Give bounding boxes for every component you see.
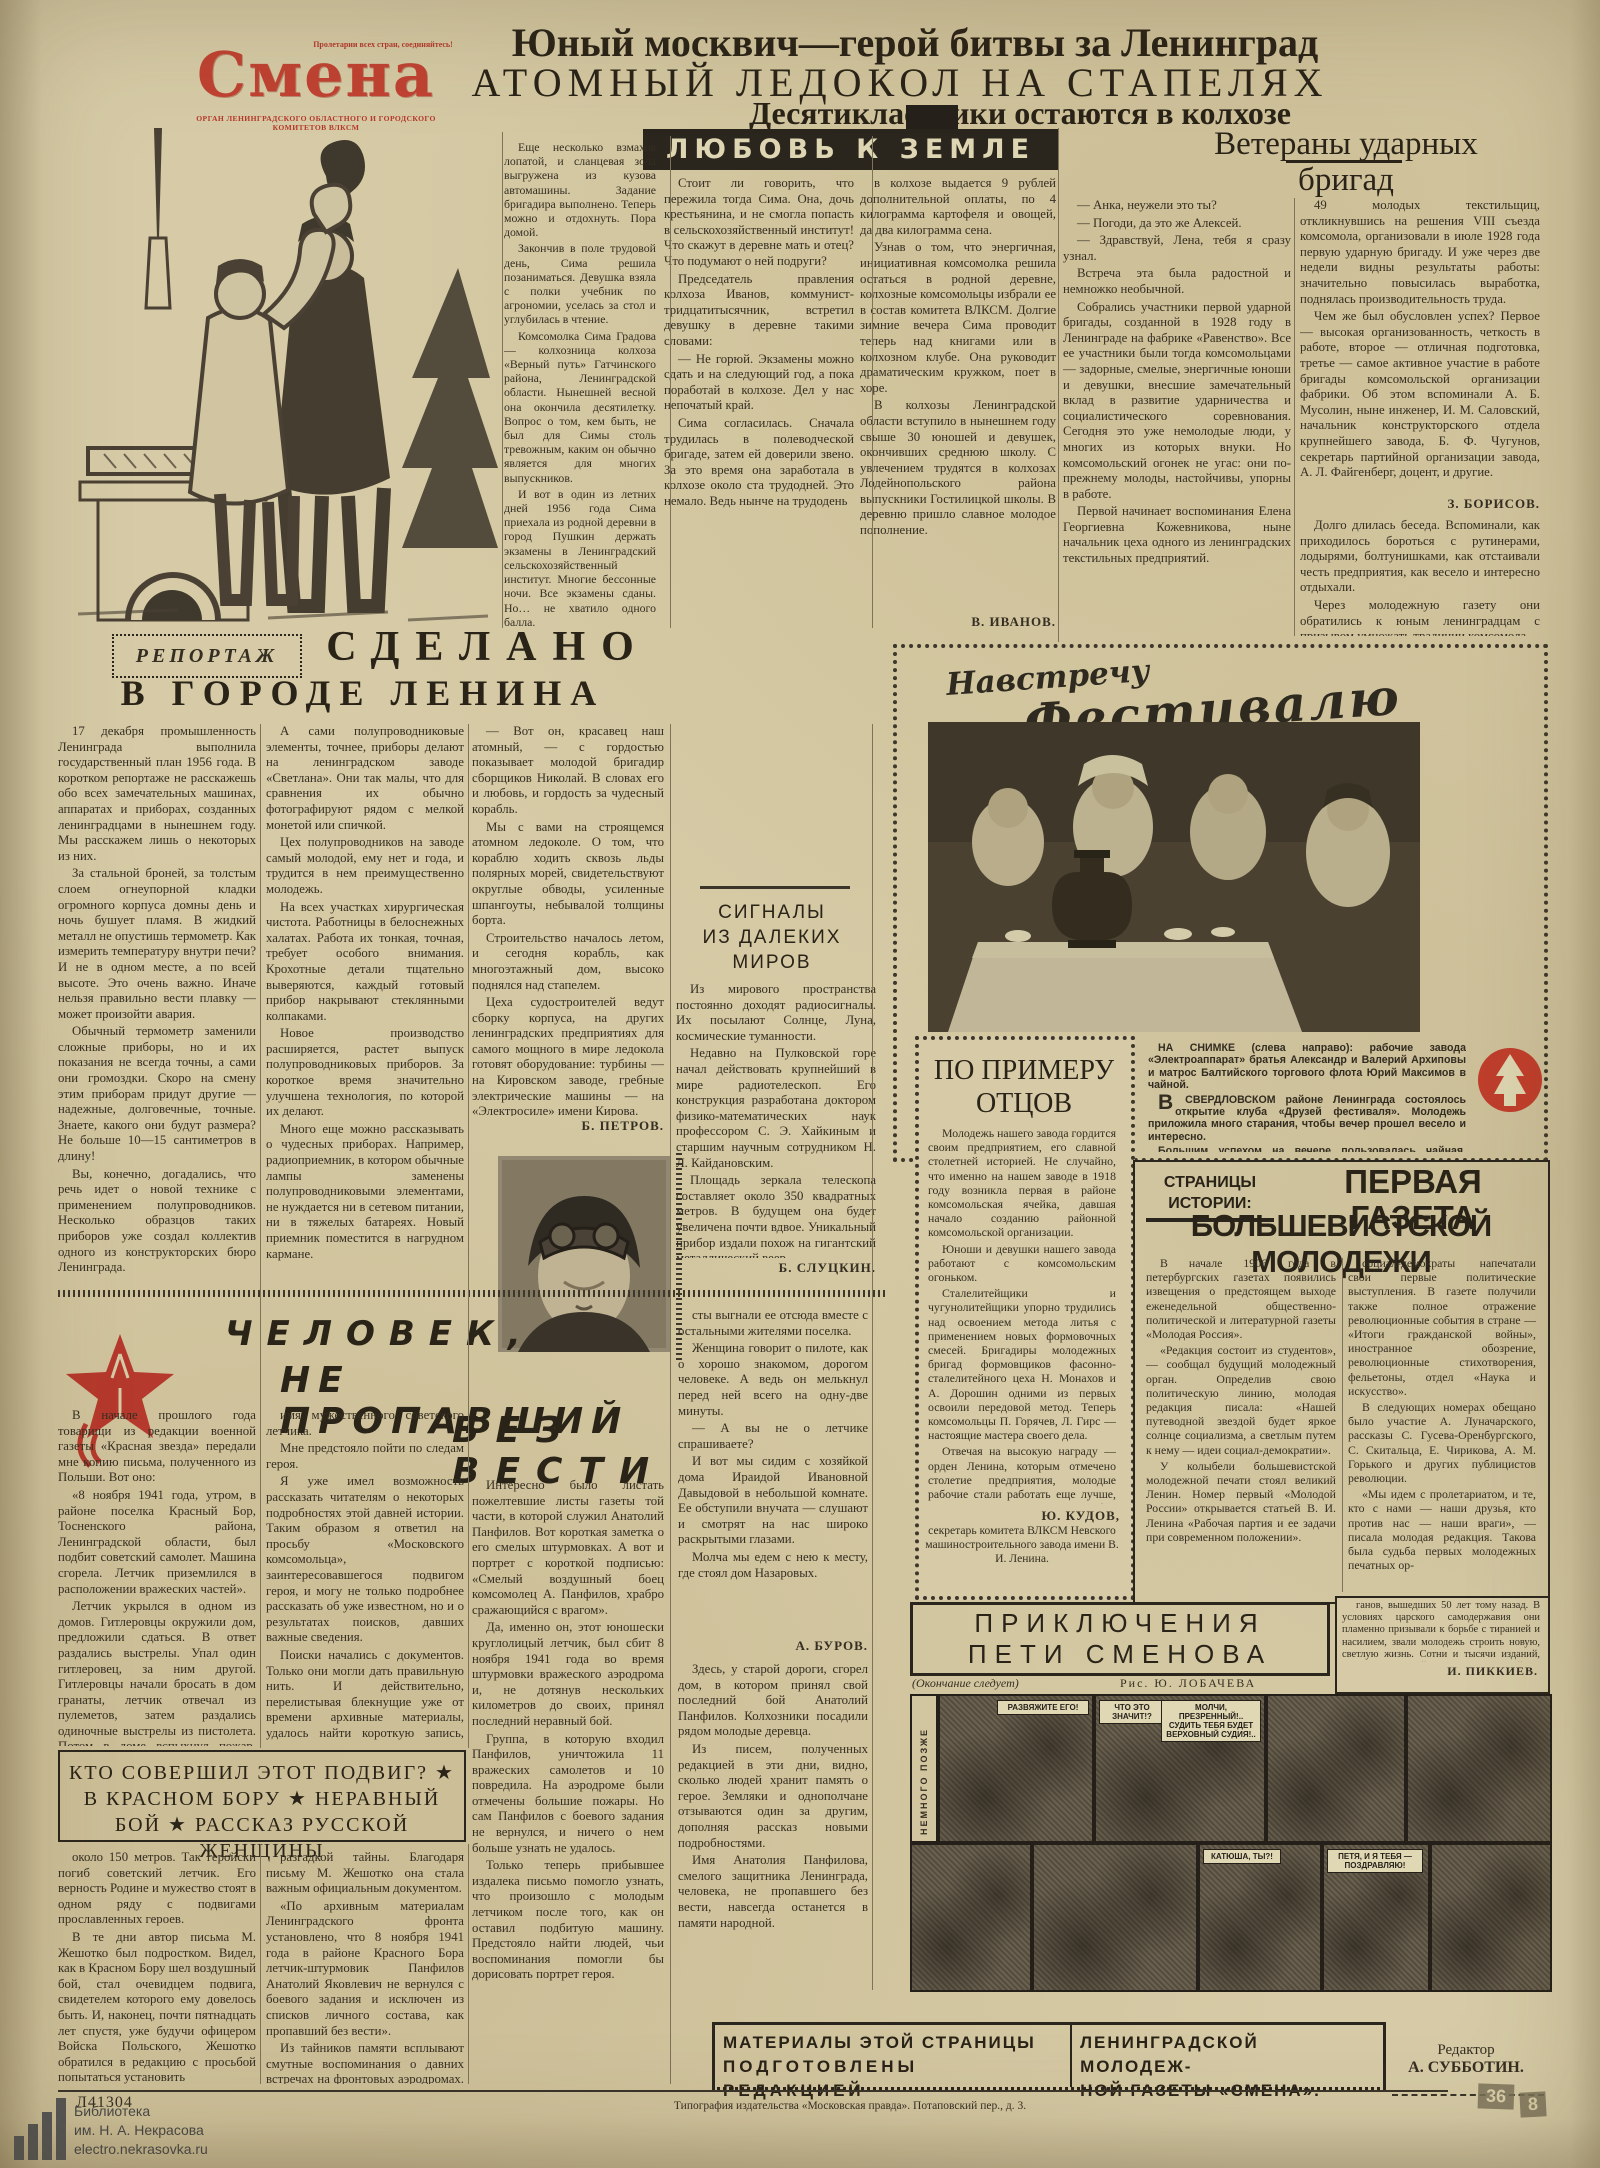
comic-artist-credit: Рис. Ю. ЛОБАЧЕВА xyxy=(1120,1676,1340,1691)
po-primeru-byline-name: Ю. КУДОВ, xyxy=(924,1508,1120,1524)
column-rule xyxy=(468,724,469,1748)
column-rule xyxy=(872,136,873,628)
po-primeru-byline-role: секретарь комитета ВЛКСМ Невского машино… xyxy=(924,1524,1120,1566)
chelovek-col1a: В начале прошлого года товарищи из редак… xyxy=(58,1408,256,1746)
reportazh-title-line1: СДЕЛАНО xyxy=(318,624,658,670)
comic-panel: ЧТО ЭТО ЗНАЧИТ!? МОЛЧИ, ПРЕЗРЕННЫЙ!.. СУ… xyxy=(1094,1694,1266,1843)
materials-left-cell: МАТЕРИАЛЫ ЭТОЙ СТРАНИЦЫ ПОДГОТОВЛЕНЫ РЕД… xyxy=(715,2025,1072,2087)
column-rule xyxy=(260,724,261,1748)
newspaper-title: Смена xyxy=(196,40,436,110)
headline-third: Десятиклассники остаются в колхозе xyxy=(640,96,1400,130)
footer-rule xyxy=(58,2090,1448,2092)
signaly-title-line1: СИГНАЛЫ xyxy=(674,900,870,925)
istoriya-byline: И. ПИККИЕВ. xyxy=(1342,1664,1538,1679)
po-primeru-title: ПО ПРИМЕРУ ОТЦОВ xyxy=(915,1054,1133,1120)
waving-figures-drawing xyxy=(58,118,500,626)
po-primeru-byline: Ю. КУДОВ, секретарь комитета ВЛКСМ Невск… xyxy=(924,1508,1120,1566)
speech-bubble: ЧТО ЭТО ЗНАЧИТ!? xyxy=(1099,1700,1165,1724)
speech-bubble: РАЗВЯЖИТЕ ЕГО! xyxy=(997,1700,1089,1715)
imprint-line: Типография издательства «Московская прав… xyxy=(580,2100,1120,2112)
signaly-flourish xyxy=(700,886,850,889)
chelovek-col2a: имя мужественного советского летчика.Мне… xyxy=(266,1408,464,1746)
watermark-line1: Библиотека xyxy=(74,2102,208,2121)
po-primeru-text: Молодежь нашего завода гордится своим пр… xyxy=(928,1126,1116,1504)
library-watermark: Библиотека им. Н. А. Некрасова electro.n… xyxy=(14,2096,234,2162)
veterany-col2-end: Долго длилась беседа. Вспоминали, как пр… xyxy=(1300,518,1540,636)
tea-house-scene xyxy=(928,722,1420,1032)
page-stamp-8: 8 xyxy=(1519,2091,1546,2117)
chelovek-col4a: сты выгнали ее отсюда вместе с остальным… xyxy=(678,1308,868,1636)
reportazh-col1: 17 декабря промышленность Ленинграда вып… xyxy=(58,724,256,1284)
signaly-title-line2: ИЗ ДАЛЕКИХ xyxy=(674,925,870,950)
column-rule xyxy=(872,724,873,1990)
editor-label: Редактор xyxy=(1388,2042,1544,2059)
materials-right-cell: ЛЕНИНГРАДСКОЙ МОЛОДЕЖ- НОЙ ГАЗЕТЫ «СМЕНА… xyxy=(1072,2025,1383,2087)
materials-left-line1: МАТЕРИАЛЫ ЭТОЙ СТРАНИЦЫ xyxy=(723,2031,1062,2055)
comic-panel xyxy=(1032,1843,1198,1992)
veterany-byline: З. БОРИСОВ. xyxy=(1300,496,1540,512)
comic-title-box: ПРИКЛЮЧЕНИЯ ПЕТИ СМЕНОВА xyxy=(910,1602,1330,1676)
comic-panel xyxy=(1430,1843,1552,1992)
chelovek-col4b: Здесь, у старой дороги, сгорел дом, в ко… xyxy=(678,1662,868,2082)
library-logo-bars-icon xyxy=(14,2098,66,2160)
comic-panel xyxy=(1266,1694,1406,1843)
veterany-title: Ветераны ударных бригад xyxy=(1150,126,1542,198)
signaly-text: Из мирового пространства постоянно доход… xyxy=(676,982,876,1258)
comic-panel xyxy=(1406,1694,1552,1843)
section-title-lyubov: ЛЮБОВЬ К ЗЕМЛЕ xyxy=(643,129,1058,170)
headline-main: Юный москвич—герой битвы за Ленинград xyxy=(440,22,1390,64)
watermark-line3: electro.nekrasovka.ru xyxy=(74,2140,208,2159)
column-rule xyxy=(260,1844,261,2084)
reportazh-title-line2: В ГОРОДЕ ЛЕНИНА xyxy=(60,672,666,714)
section-divider-ruler xyxy=(58,1290,888,1297)
po-primeru-title-line2: ОТЦОВ xyxy=(915,1087,1133,1120)
column-rule xyxy=(1058,128,1059,642)
veterany-col1: — Анка, неужели это ты?— Погоди, да это … xyxy=(1063,198,1291,636)
veterany-title-line1: Ветераны ударных xyxy=(1150,126,1542,162)
editor-name: А. СУББОТИН. xyxy=(1388,2059,1544,2077)
reportazh-col2: А сами полупроводниковые элементы, точне… xyxy=(266,724,464,1284)
materials-box: МАТЕРИАЛЫ ЭТОЙ СТРАНИЦЫ ПОДГОТОВЛЕНЫ РЕД… xyxy=(712,2022,1386,2090)
front-illustration xyxy=(58,118,500,626)
festival-dove-icon xyxy=(1476,1046,1544,1114)
istoriya-col1: В начале 1906 года в петербургских газет… xyxy=(1146,1256,1336,1592)
veterany-col2: 49 молодых текстильщиц, откликнувшись на… xyxy=(1300,198,1540,494)
istoriya-extension-text: ганов, вышедших 50 лет тому назад. В усл… xyxy=(1342,1600,1540,1662)
istoriya-label-line1: СТРАНИЦЫ xyxy=(1146,1172,1274,1193)
chelovek-col1b: около 150 метров. Так геройски погиб сов… xyxy=(58,1850,256,2084)
comic-panel: ПЕТЯ, И Я ТЕБЯ — ПОЗДРАВЛЯЮ! xyxy=(1322,1843,1430,1992)
speech-bubble: ПЕТЯ, И Я ТЕБЯ — ПОЗДРАВЛЯЮ! xyxy=(1327,1849,1423,1873)
comic-side-label-text: НЕМНОГО ПОЗЖЕ xyxy=(919,1700,929,1835)
signaly-title-line3: МИРОВ xyxy=(674,950,870,975)
page-stamp-36: 36 xyxy=(1478,2083,1515,2109)
comic-title-line1: ПРИКЛЮЧЕНИЯ xyxy=(913,1607,1327,1639)
editor-credit: Редактор А. СУББОТИН. xyxy=(1388,2042,1544,2077)
comic-panel: КАТЮША, ТЫ?! xyxy=(1198,1843,1322,1992)
signaly-title: СИГНАЛЫ ИЗ ДАЛЕКИХ МИРОВ xyxy=(674,900,870,975)
signaly-byline: Б. СЛУЦКИН. xyxy=(676,1260,876,1276)
column-rule xyxy=(468,1844,469,2084)
speech-bubble: КАТЮША, ТЫ?! xyxy=(1203,1849,1281,1864)
speech-bubble: МОЛЧИ, ПРЕЗРЕННЫЙ!.. СУДИТЬ ТЕБЯ БУДЕТ В… xyxy=(1161,1700,1261,1742)
istoriya-col2: социал-демократы напечатали свои первые … xyxy=(1348,1256,1536,1592)
festival-emblem-icon xyxy=(1476,1046,1544,1114)
column-rule xyxy=(670,724,671,2084)
chelovek-title-line1: ЧЕЛОВЕК, xyxy=(225,1314,585,1354)
ink-blob xyxy=(906,105,958,130)
column-rule xyxy=(502,132,503,628)
comic-panel: РАЗВЯЖИТЕ ЕГО! xyxy=(938,1694,1094,1843)
watermark-line2: им. Н. А. Некрасова xyxy=(74,2121,208,2140)
materials-right-line1: ЛЕНИНГРАДСКОЙ МОЛОДЕЖ- xyxy=(1080,2031,1375,2079)
column-rule xyxy=(670,136,671,628)
chelovek-col3: Интересно было листать пожелтевшие листы… xyxy=(472,1478,664,2082)
comic-continuation-note: (Окончание следует) xyxy=(912,1676,1082,1691)
festival-photo xyxy=(928,722,1420,1032)
column-rule xyxy=(1294,198,1295,636)
po-primeru-title-line1: ПО ПРИМЕРУ xyxy=(915,1054,1133,1087)
chelovek-col2b: разгадкой тайны. Благодаря письму М. Жеш… xyxy=(266,1850,464,2084)
lyubov-byline: В. ИВАНОВ. xyxy=(860,614,1056,630)
comic-title-line2: ПЕТИ СМЕНОВА xyxy=(913,1639,1327,1669)
chelovek-byline: А. БУРОВ. xyxy=(678,1638,868,1654)
festival-caption: НА СНИМКЕ (слева направо): рабочие завод… xyxy=(1148,1042,1466,1152)
chelovek-subhead-text: КТО СОВЕРШИЛ ЭТОТ ПОДВИГ? ★ В КРАСНОМ БО… xyxy=(69,1762,455,1862)
lyubov-col2: Стоит ли говорить, что пережила тогда Си… xyxy=(664,176,854,626)
reportazh-col3: — Вот он, красавец наш атомный, — с горд… xyxy=(472,724,664,1116)
reportazh-label: РЕПОРТАЖ xyxy=(136,645,278,667)
comic-side-label: НЕМНОГО ПОЗЖЕ xyxy=(910,1694,938,1843)
reportazh-byline: Б. ПЕТРОВ. xyxy=(472,1118,664,1134)
lyubov-col3: в колхозе выдается 9 рублей дополнительн… xyxy=(860,176,1056,610)
istoriya-inner-rule xyxy=(1342,1258,1343,1592)
lyubov-col1: Еще несколько взмахов лопатой, и сланцев… xyxy=(504,140,656,628)
comic-panel xyxy=(910,1843,1032,1992)
veterany-title-line2: бригад xyxy=(1150,162,1542,198)
newspaper-page: Пролетарии всех стран, соединяйтесь! Сме… xyxy=(0,0,1600,2168)
materials-left-line2: ПОДГОТОВЛЕНЫ РЕДАКЦИЕЙ xyxy=(723,2055,1062,2103)
chelovek-subhead-box: КТО СОВЕРШИЛ ЭТОТ ПОДВИГ? ★ В КРАСНОМ БО… xyxy=(58,1750,466,1842)
